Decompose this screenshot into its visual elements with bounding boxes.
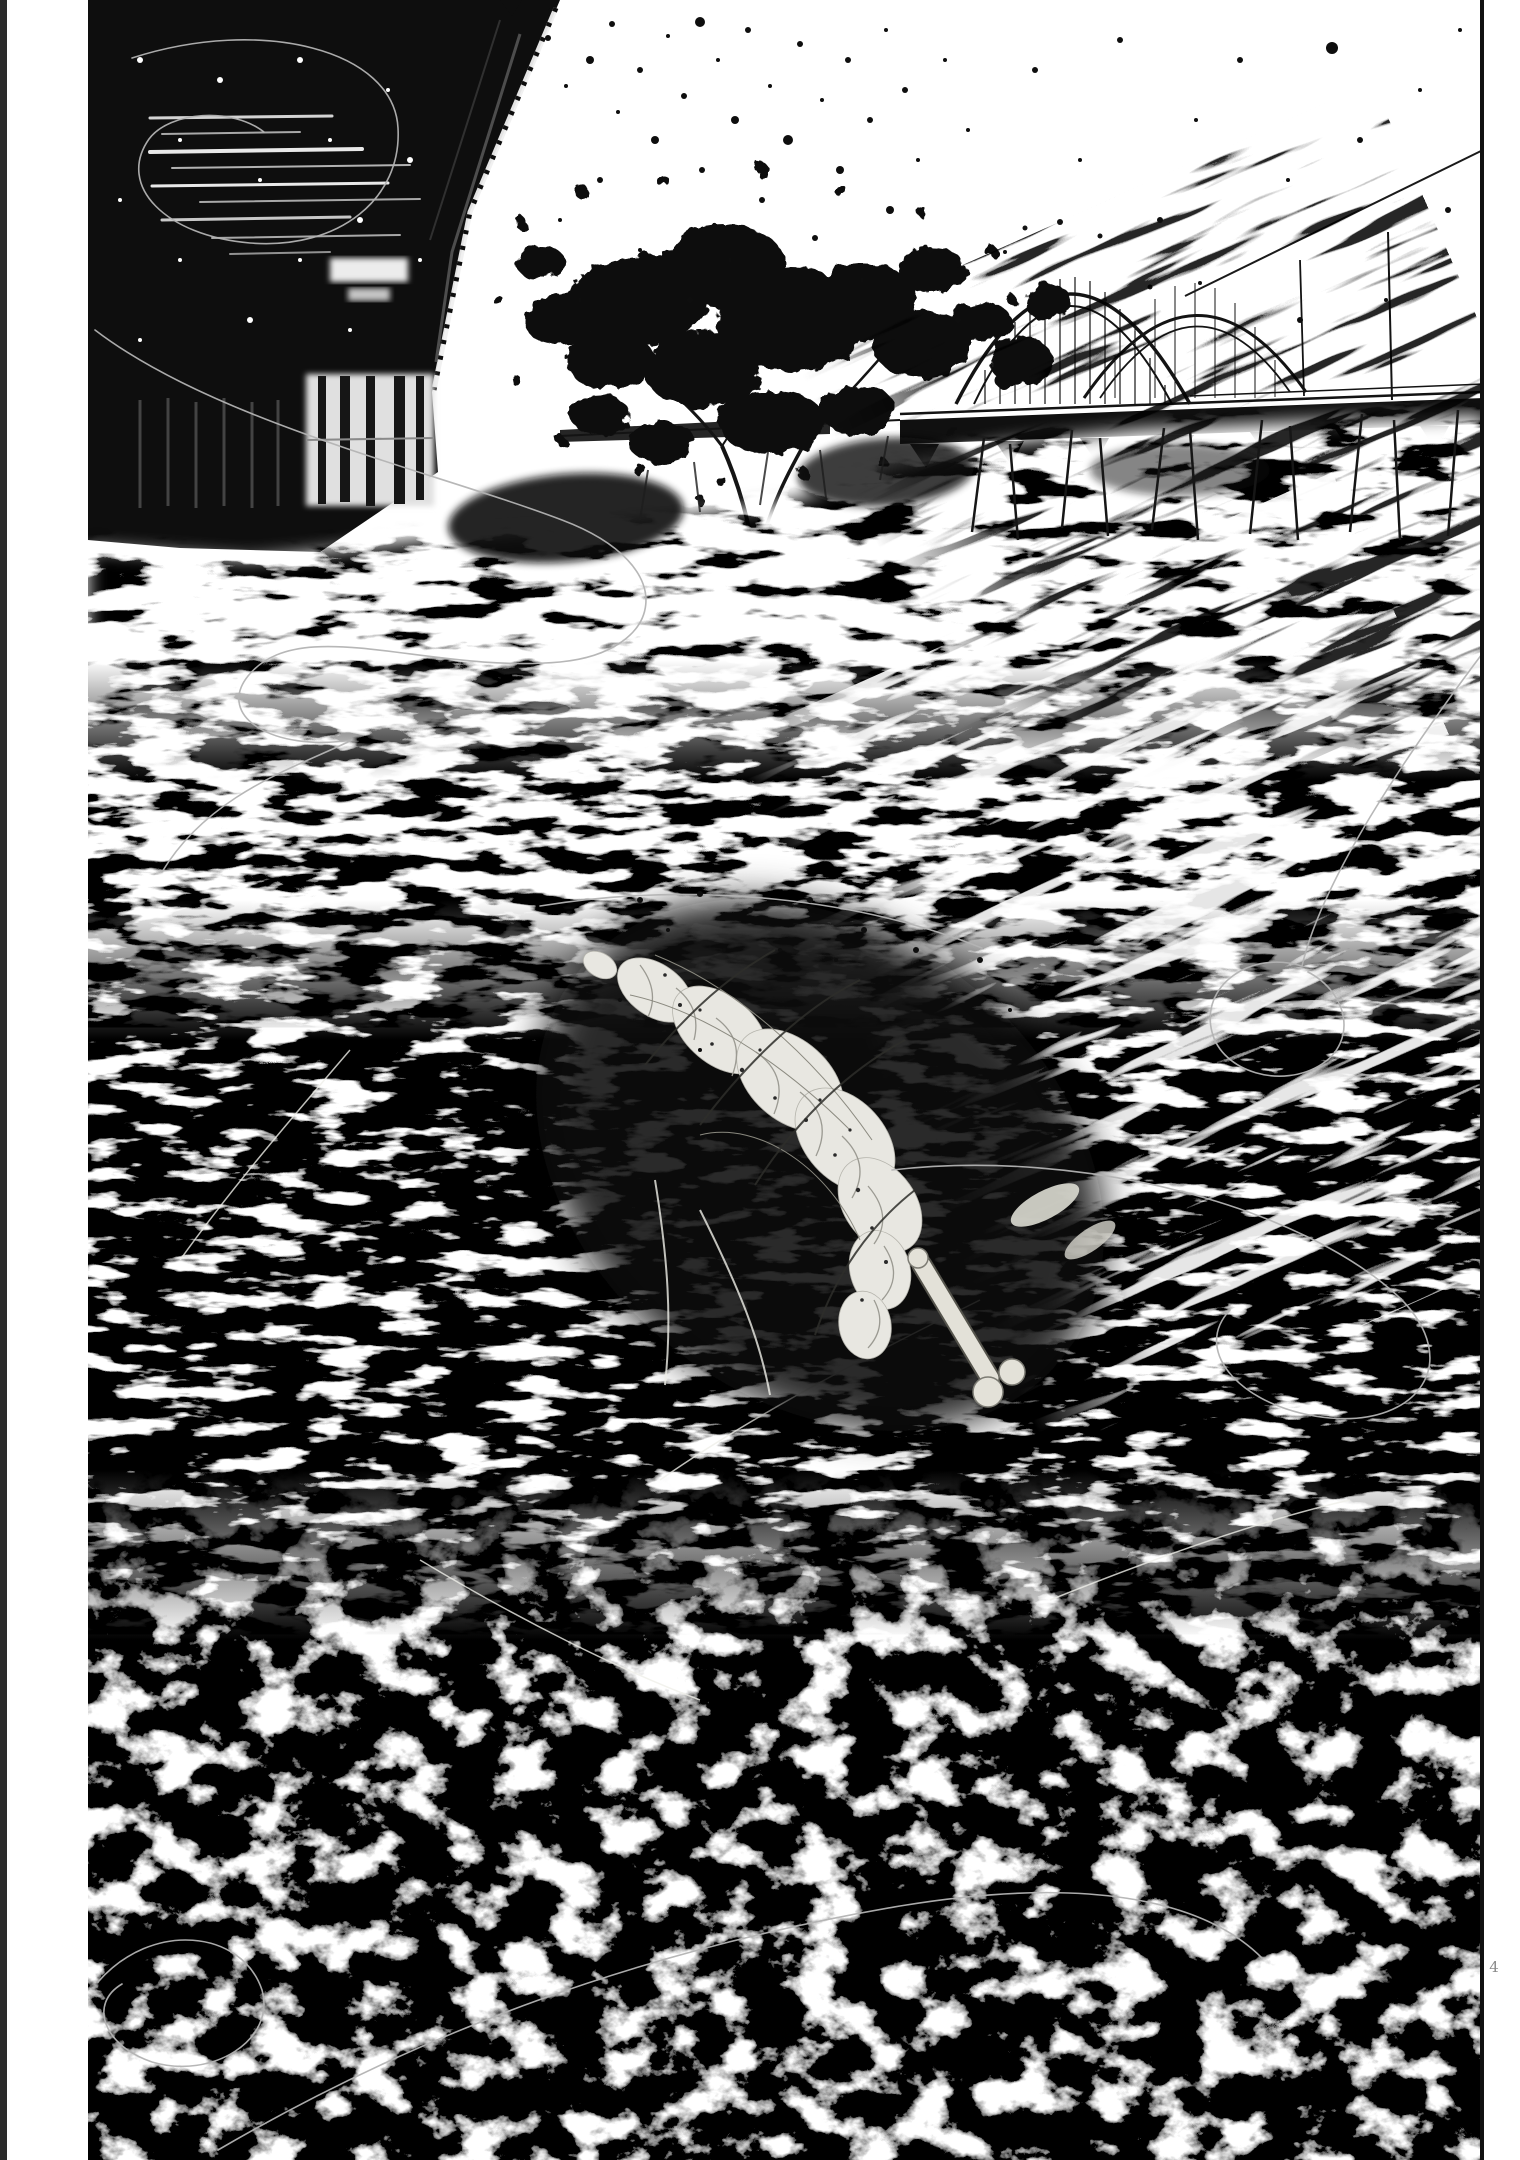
screen-edge-strip xyxy=(0,0,7,2160)
grass-band-coarse xyxy=(88,1470,1484,2160)
page-number: 4 xyxy=(1489,1958,1499,1976)
manga-artwork: 4 xyxy=(0,0,1520,2160)
girder-lit-bar xyxy=(330,258,408,282)
panel-border-right xyxy=(1480,0,1484,2160)
artwork-panel xyxy=(88,0,1520,2160)
manga-page: 4 xyxy=(0,0,1520,2160)
girder-lit-bar-2 xyxy=(348,288,390,301)
